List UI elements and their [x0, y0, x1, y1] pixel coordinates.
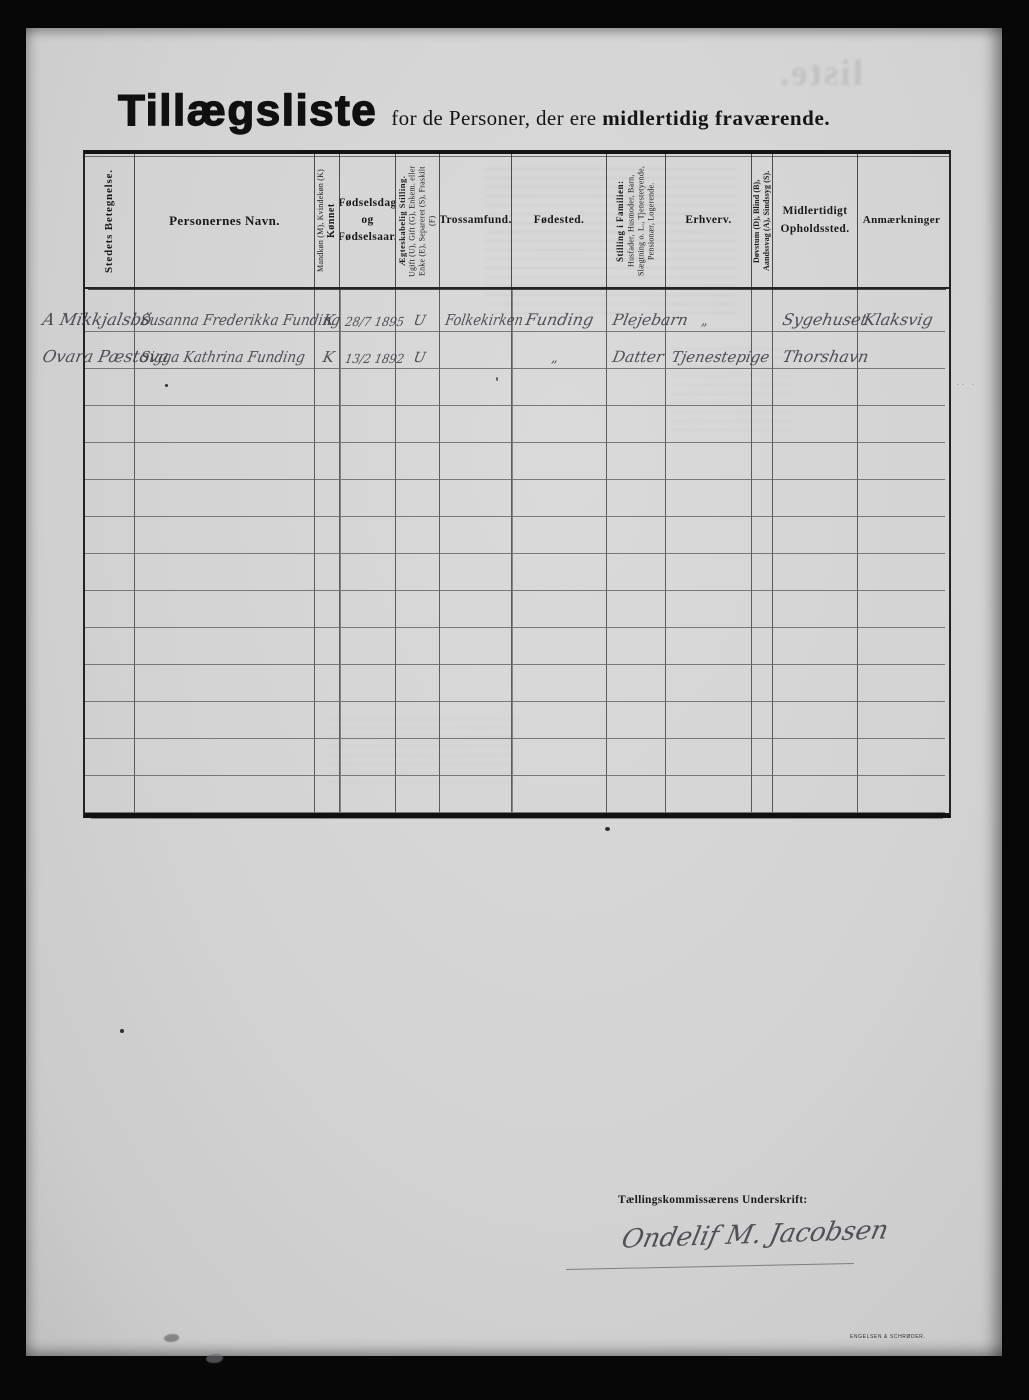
ink-smudge	[206, 1354, 223, 1363]
cell-fodsel	[340, 739, 396, 776]
cell-sted	[85, 406, 135, 443]
cell-navn	[135, 406, 315, 443]
subtitle-bold: midlertidig fraværende.	[602, 106, 830, 130]
cell-dovstum	[752, 517, 773, 554]
cell-navn	[135, 628, 315, 665]
cell-aegteskab	[396, 517, 440, 554]
cell-erhverv	[666, 665, 752, 702]
cell-anm	[858, 702, 945, 739]
page-subtitle: for de Personer, der ere midlertidig fra…	[391, 106, 830, 131]
empty-table-row	[85, 369, 949, 406]
cell-dovstum	[752, 332, 773, 369]
cell-sted: Ovara Pæstova	[85, 332, 135, 369]
cell-ophold	[773, 443, 858, 480]
cell-dovstum	[752, 480, 773, 517]
col-header-dovstum: Døvstum (D), Blind (B), Aandssvag (A), S…	[752, 154, 773, 287]
table-header-row: Stedets Betegnelse. Personernes Navn. Ma…	[85, 154, 949, 289]
cell-erhverv	[666, 480, 752, 517]
cell-fodested	[512, 628, 607, 665]
cell-ophold	[773, 702, 858, 739]
cell-navn	[135, 443, 315, 480]
cell-navn	[135, 369, 315, 406]
cell-fodsel	[340, 443, 396, 480]
cell-fodsel	[340, 591, 396, 628]
empty-table-row	[85, 480, 949, 517]
cell-kon	[315, 702, 340, 739]
cell-fodsel: 28/7 1895	[340, 289, 396, 332]
cell-dovstum	[752, 776, 773, 813]
entry-aegteskab: U	[412, 350, 427, 366]
cell-dovstum	[752, 702, 773, 739]
cell-anm	[858, 554, 945, 591]
cell-erhverv	[666, 369, 752, 406]
empty-table-row	[85, 739, 949, 776]
cell-aegteskab: U	[396, 332, 440, 369]
cell-anm	[858, 591, 945, 628]
entry-erhverv: „	[701, 314, 708, 329]
cell-dovstum	[752, 369, 773, 406]
cell-sted	[85, 665, 135, 702]
cell-trossamfund	[440, 443, 512, 480]
cell-trossamfund: Folkekirken	[440, 289, 512, 332]
cell-trossamfund	[440, 776, 512, 813]
cell-kon	[315, 517, 340, 554]
col-header-kon: Mandkøn (M), Kvindekøn (K)Kønnet	[315, 154, 340, 287]
table-row: Ovara PæstovaSigga Kathrina FundingK13/2…	[85, 332, 949, 369]
table-row: A MikkjalsböSusanna Frederikka FundingK2…	[85, 289, 949, 332]
cell-kon	[315, 554, 340, 591]
cell-ophold	[773, 517, 858, 554]
cell-fodested	[512, 554, 607, 591]
cell-erhverv	[666, 406, 752, 443]
cell-anm	[858, 776, 945, 813]
cell-sted	[85, 369, 135, 406]
entry-stilling: Datter	[611, 348, 665, 366]
cell-aegteskab	[396, 665, 440, 702]
cell-stilling	[607, 628, 666, 665]
entry-aegteskab: U	[412, 313, 427, 329]
cell-kon	[315, 591, 340, 628]
entry-kon: K	[321, 348, 336, 366]
col-header-sted: Stedets Betegnelse.	[85, 154, 135, 287]
cell-trossamfund	[440, 739, 512, 776]
cell-dovstum	[752, 591, 773, 628]
cell-sted	[85, 591, 135, 628]
cell-fodsel	[340, 406, 396, 443]
entry-ophold: Sygehuset	[781, 310, 869, 329]
cell-erhverv	[666, 517, 752, 554]
cell-erhverv	[666, 591, 752, 628]
cell-ophold	[773, 665, 858, 702]
entry-ophold: Thorshavn	[781, 347, 870, 366]
empty-table-row	[85, 443, 949, 480]
ink-speck	[605, 827, 610, 831]
col-header-trossamfund: Trossamfund.	[440, 154, 512, 287]
ink-smudge	[164, 1334, 179, 1342]
cell-navn	[135, 480, 315, 517]
cell-kon	[315, 739, 340, 776]
cell-aegteskab	[396, 554, 440, 591]
cell-fodsel	[340, 369, 396, 406]
cell-trossamfund	[440, 480, 512, 517]
cell-kon	[315, 443, 340, 480]
cell-ophold	[773, 739, 858, 776]
cell-dovstum	[752, 289, 773, 332]
cell-sted	[85, 480, 135, 517]
table-body: A MikkjalsböSusanna Frederikka FundingK2…	[85, 289, 949, 813]
cell-trossamfund	[440, 665, 512, 702]
cell-ophold	[773, 591, 858, 628]
empty-table-row	[85, 591, 949, 628]
cell-stilling	[607, 443, 666, 480]
cell-trossamfund	[440, 369, 512, 406]
cell-fodested	[512, 665, 607, 702]
cell-navn	[135, 591, 315, 628]
empty-table-row	[85, 554, 949, 591]
cell-kon	[315, 776, 340, 813]
cell-erhverv	[666, 776, 752, 813]
cell-fodested	[512, 480, 607, 517]
cell-sted	[85, 554, 135, 591]
cell-anm	[858, 332, 945, 369]
printer-mark: ENGELSEN & SCHRØDER.	[850, 1334, 925, 1340]
cell-aegteskab	[396, 702, 440, 739]
empty-table-row	[85, 406, 949, 443]
cell-ophold	[773, 480, 858, 517]
title-block: Tillægsliste for de Personer, der ere mi…	[118, 86, 958, 136]
cell-anm	[858, 739, 945, 776]
cell-sted	[85, 739, 135, 776]
margin-mark: ·· ·	[956, 380, 977, 391]
cell-stilling: Plejebarn	[607, 289, 666, 332]
cell-stilling	[607, 406, 666, 443]
cell-erhverv	[666, 739, 752, 776]
cell-navn	[135, 554, 315, 591]
cell-kon	[315, 665, 340, 702]
cell-ophold	[773, 554, 858, 591]
entry-navn: Susanna Frederikka Funding	[139, 311, 342, 329]
col-header-aegteskab: Ægteskabelig Stilling.Ugift (U), Gift (G…	[396, 154, 440, 287]
cell-anm	[858, 443, 945, 480]
cell-aegteskab	[396, 406, 440, 443]
cell-sted	[85, 702, 135, 739]
cell-aegteskab	[396, 443, 440, 480]
cell-stilling	[607, 591, 666, 628]
cell-aegteskab	[396, 628, 440, 665]
cell-fodsel	[340, 480, 396, 517]
col-header-navn: Personernes Navn.	[135, 154, 315, 287]
entry-fodested: „	[551, 351, 558, 366]
scanned-census-page: liste. Tillægsliste for de Personer, der…	[0, 0, 1029, 1400]
cell-navn: Susanna Frederikka Funding	[135, 289, 315, 332]
col-header-erhverv: Erhverv.	[666, 154, 752, 287]
cell-stilling	[607, 739, 666, 776]
cell-dovstum	[752, 628, 773, 665]
cell-sted	[85, 443, 135, 480]
col-header-ophold: Midlertidigt Opholdssted.	[773, 154, 858, 287]
empty-table-row	[85, 628, 949, 665]
cell-anm	[858, 517, 945, 554]
cell-aegteskab	[396, 480, 440, 517]
ink-speck	[496, 377, 498, 381]
cell-fodested	[512, 406, 607, 443]
cell-stilling	[607, 517, 666, 554]
cell-ophold	[773, 369, 858, 406]
cell-fodested	[512, 702, 607, 739]
cell-erhverv	[666, 554, 752, 591]
cell-stilling	[607, 554, 666, 591]
cell-ophold: Sygehuset	[773, 289, 858, 332]
entry-anm: Klaksvig	[862, 310, 935, 329]
cell-navn	[135, 665, 315, 702]
cell-stilling	[607, 480, 666, 517]
cell-fodested	[512, 776, 607, 813]
cell-anm: Klaksvig	[858, 289, 945, 332]
entry-fodested: Funding	[524, 310, 595, 329]
signature-label: Tællingskommissærens Underskrift:	[618, 1194, 808, 1206]
cell-erhverv	[666, 702, 752, 739]
census-table: Stedets Betegnelse. Personernes Navn. Ma…	[83, 150, 951, 818]
cell-fodsel	[340, 702, 396, 739]
cell-stilling	[607, 776, 666, 813]
cell-aegteskab	[396, 776, 440, 813]
cell-dovstum	[752, 554, 773, 591]
cell-dovstum	[752, 739, 773, 776]
cell-kon	[315, 480, 340, 517]
cell-aegteskab: U	[396, 289, 440, 332]
paper-sheet: liste. Tillægsliste for de Personer, der…	[26, 28, 1002, 1356]
empty-table-row	[85, 776, 949, 813]
cell-aegteskab	[396, 591, 440, 628]
cell-trossamfund	[440, 332, 512, 369]
cell-anm	[858, 406, 945, 443]
cell-ophold	[773, 628, 858, 665]
cell-stilling	[607, 369, 666, 406]
cell-dovstum	[752, 406, 773, 443]
cell-anm	[858, 369, 945, 406]
cell-ophold: Thorshavn	[773, 332, 858, 369]
signature-underline	[566, 1263, 854, 1270]
cell-navn	[135, 776, 315, 813]
cell-erhverv	[666, 628, 752, 665]
cell-navn	[135, 702, 315, 739]
cell-fodsel: 13/2 1892	[340, 332, 396, 369]
cell-trossamfund	[440, 554, 512, 591]
cell-trossamfund	[440, 591, 512, 628]
cell-fodested: Funding	[512, 289, 607, 332]
cell-erhverv: Tjenestepige	[666, 332, 752, 369]
col-header-anm: Anmærkninger	[858, 154, 945, 287]
empty-table-row	[85, 517, 949, 554]
empty-table-row	[85, 665, 949, 702]
col-header-stilling: Stilling i Familien:Husfader, Husmoder, …	[607, 154, 666, 287]
col-header-fodsel: Fødselsdag og Fødselsaar.	[340, 154, 396, 287]
cell-stilling	[607, 702, 666, 739]
cell-ophold	[773, 406, 858, 443]
cell-aegteskab	[396, 369, 440, 406]
cell-anm	[858, 665, 945, 702]
cell-navn: Sigga Kathrina Funding	[135, 332, 315, 369]
entry-kon: K	[321, 311, 336, 329]
cell-fodested	[512, 739, 607, 776]
cell-aegteskab	[396, 739, 440, 776]
cell-dovstum	[752, 665, 773, 702]
cell-fodsel	[340, 554, 396, 591]
cell-erhverv	[666, 443, 752, 480]
cell-kon: K	[315, 332, 340, 369]
cell-kon	[315, 406, 340, 443]
cell-fodested: „	[512, 332, 607, 369]
cell-navn	[135, 517, 315, 554]
cell-anm	[858, 480, 945, 517]
cell-fodsel	[340, 628, 396, 665]
cell-fodested	[512, 369, 607, 406]
cell-trossamfund	[440, 702, 512, 739]
cell-navn	[135, 739, 315, 776]
cell-sted	[85, 776, 135, 813]
cell-trossamfund	[440, 628, 512, 665]
cell-erhverv: „	[666, 289, 752, 332]
cell-fodested	[512, 517, 607, 554]
cell-anm	[858, 628, 945, 665]
cell-stilling: Datter	[607, 332, 666, 369]
cell-sted	[85, 628, 135, 665]
commissioner-signature: Ondelif M. Jacobsen	[619, 1215, 891, 1255]
ink-speck	[165, 384, 168, 387]
cell-fodsel	[340, 665, 396, 702]
subtitle-regular: for de Personer, der ere	[391, 106, 596, 130]
cell-ophold	[773, 776, 858, 813]
cell-kon	[315, 369, 340, 406]
cell-fodested	[512, 443, 607, 480]
cell-fodsel	[340, 776, 396, 813]
cell-dovstum	[752, 443, 773, 480]
entry-navn: Sigga Kathrina Funding	[139, 348, 306, 366]
cell-fodested	[512, 591, 607, 628]
col-header-fodested: Fødested.	[512, 154, 607, 287]
cell-sted	[85, 517, 135, 554]
cell-kon: K	[315, 289, 340, 332]
cell-trossamfund	[440, 406, 512, 443]
page-title: Tillægsliste	[118, 86, 377, 136]
ink-speck	[120, 1029, 124, 1033]
cell-kon	[315, 628, 340, 665]
cell-trossamfund	[440, 517, 512, 554]
empty-table-row	[85, 702, 949, 739]
cell-stilling	[607, 665, 666, 702]
cell-sted: A Mikkjalsbö	[85, 289, 135, 332]
cell-fodsel	[340, 517, 396, 554]
